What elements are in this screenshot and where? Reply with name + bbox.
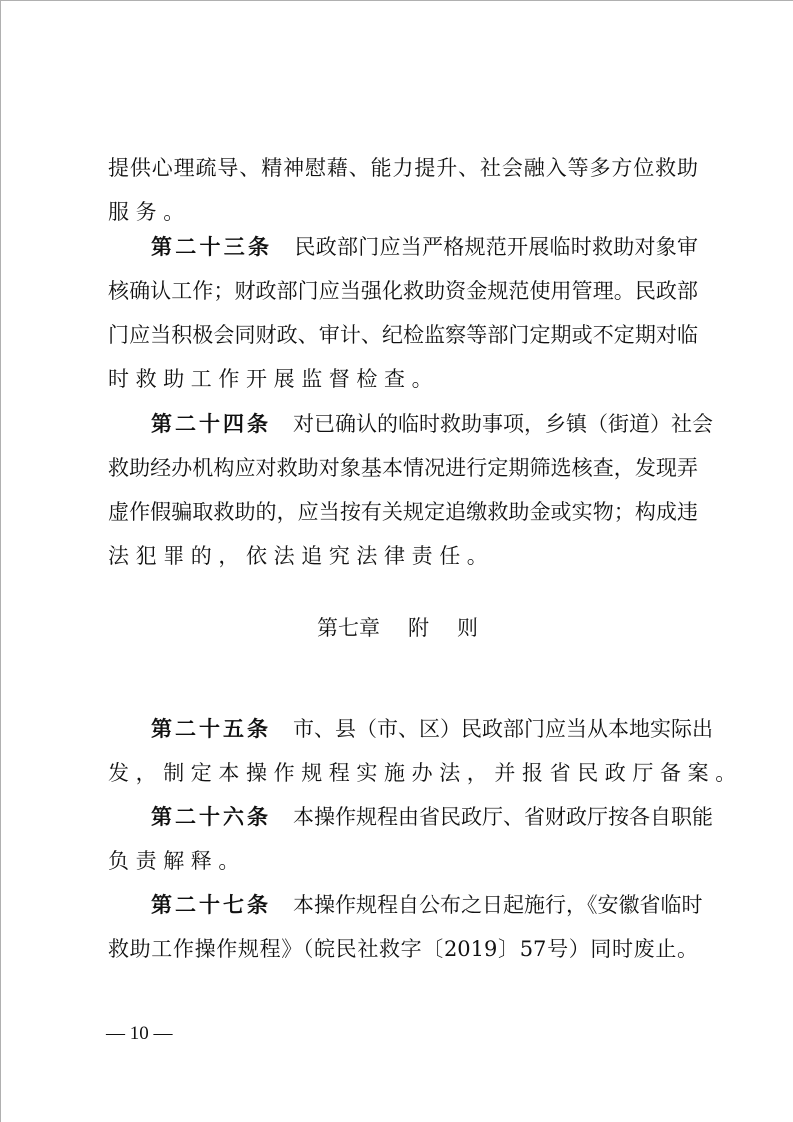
text-line: 提供心理疏导、精神慰藉、能力提升、社会融入等多方位救助: [108, 153, 698, 183]
article-26-first-line: 第二十六条本操作规程由省民政厅、省财政厅按各自职能: [151, 802, 698, 832]
chapter-number: 第七章: [317, 616, 380, 640]
article-24-first-line: 第二十四条对已确认的临时救助事项，乡镇（街道）社会: [151, 409, 698, 439]
chapter-heading: 第七章附则: [1, 613, 793, 643]
text-span: 市、县（市、区）民政部门应当从本地实际出: [293, 717, 713, 741]
article-23-first-line: 第二十三条民政部门应当严格规范开展临时救助对象审: [151, 232, 698, 262]
chapter-title-part2: 则: [457, 616, 478, 640]
text-span: 民政部门应当严格规范开展临时救助对象审: [294, 235, 698, 259]
text-line: 核确认工作；财政部门应当强化救助资金规范使用管理。民政部: [108, 276, 698, 306]
text-line: 服务。: [108, 197, 698, 227]
article-23-heading: 第二十三条: [151, 235, 272, 259]
text-line: 门应当积极会同财政、审计、纪检监察等部门定期或不定期对临: [108, 320, 698, 350]
text-line: 时救助工作开展监督检查。: [108, 364, 698, 394]
article-27-first-line: 第二十七条本操作规程自公布之日起施行，《安徽省临时: [151, 890, 698, 920]
article-26-heading: 第二十六条: [151, 805, 271, 829]
text-span: 本操作规程由省民政厅、省财政厅按各自职能: [293, 805, 713, 829]
article-25-heading: 第二十五条: [151, 717, 271, 741]
text-span: 对已确认的临时救助事项，乡镇（街道）社会: [293, 412, 713, 436]
text-line: 负责解释。: [108, 846, 698, 876]
chapter-title-part1: 附: [408, 616, 429, 640]
article-27-heading: 第二十七条: [151, 893, 271, 917]
article-25-first-line: 第二十五条市、县（市、区）民政部门应当从本地实际出: [151, 714, 698, 744]
text-line: 救助工作操作规程》（皖民社救字〔2019〕57号）同时废止。: [108, 934, 698, 964]
text-line: 救助经办机构应对救助对象基本情况进行定期筛选核查，发现弄: [108, 453, 698, 483]
text-line: 发，制定本操作规程实施办法，并报省民政厅备案。: [108, 758, 698, 788]
page-number: — 10 —: [106, 1023, 173, 1045]
text-line: 虚作假骗取救助的，应当按有关规定追缴救助金或实物；构成违: [108, 497, 698, 527]
text-line: 法犯罪的，依法追究法律责任。: [108, 541, 698, 571]
text-span: 本操作规程自公布之日起施行，《安徽省临时: [293, 893, 703, 917]
document-page: 提供心理疏导、精神慰藉、能力提升、社会融入等多方位救助 服务。 第二十三条民政部…: [0, 0, 793, 1122]
article-24-heading: 第二十四条: [151, 412, 271, 436]
